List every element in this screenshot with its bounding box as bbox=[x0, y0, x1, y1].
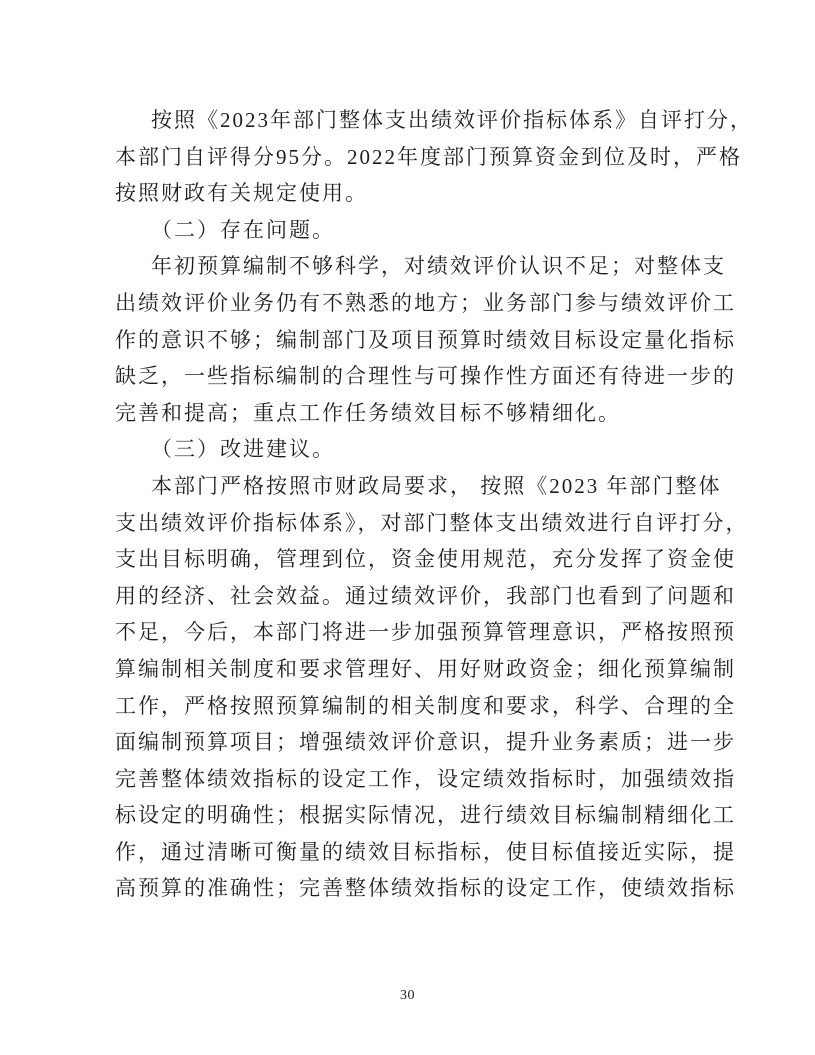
text-line: 工作，严格按照预算编制的相关制度和要求，科学、合理的全 bbox=[115, 688, 699, 725]
text-line: 用的经济、社会效益。通过绩效评价，我部门也看到了问题和 bbox=[115, 578, 699, 615]
text-line: 本部门严格按照市财政局要求， 按照《2023 年部门整体 bbox=[115, 468, 699, 505]
text-line: 高预算的准确性；完善整体绩效指标的设定工作，使绩效指标 bbox=[115, 870, 699, 907]
paragraph: 按照《2023年部门整体支出绩效评价指标体系》自评打分，本部门自评得分95分。2… bbox=[115, 102, 699, 212]
text-line: 按照《2023年部门整体支出绩效评价指标体系》自评打分， bbox=[115, 102, 699, 139]
text-line: 缺乏，一些指标编制的合理性与可操作性方面还有待进一步的 bbox=[115, 358, 699, 395]
paragraph: 本部门严格按照市财政局要求， 按照《2023 年部门整体支出绩效评价指标体系》，… bbox=[115, 468, 699, 907]
text-line: 标设定的明确性；根据实际情况，进行绩效目标编制精细化工 bbox=[115, 797, 699, 834]
text-line: 完善整体绩效指标的设定工作，设定绩效指标时，加强绩效指 bbox=[115, 761, 699, 798]
section-heading: （三）改进建议。 bbox=[115, 431, 699, 468]
page-number: 30 bbox=[0, 988, 815, 1004]
text-line: 支出目标明确，管理到位，资金使用规范，充分发挥了资金使 bbox=[115, 541, 699, 578]
document-body: 按照《2023年部门整体支出绩效评价指标体系》自评打分，本部门自评得分95分。2… bbox=[115, 102, 699, 907]
text-line: 作的意识不够；编制部门及项目预算时绩效目标设定量化指标 bbox=[115, 322, 699, 359]
text-line: 面编制预算项目；增强绩效评价意识，提升业务素质；进一步 bbox=[115, 724, 699, 761]
text-line: 年初预算编制不够科学，对绩效评价认识不足；对整体支 bbox=[115, 248, 699, 285]
text-line: 不足，今后，本部门将进一步加强预算管理意识，严格按照预 bbox=[115, 614, 699, 651]
text-line: 算编制相关制度和要求管理好、用好财政资金；细化预算编制 bbox=[115, 651, 699, 688]
text-line: 出绩效评价业务仍有不熟悉的地方；业务部门参与绩效评价工 bbox=[115, 285, 699, 322]
text-line: （二）存在问题。 bbox=[115, 212, 699, 249]
text-line: 完善和提高；重点工作任务绩效目标不够精细化。 bbox=[115, 395, 699, 432]
section-heading: （二）存在问题。 bbox=[115, 212, 699, 249]
paragraph: 年初预算编制不够科学，对绩效评价认识不足；对整体支出绩效评价业务仍有不熟悉的地方… bbox=[115, 248, 699, 431]
text-line: （三）改进建议。 bbox=[115, 431, 699, 468]
document-page: 按照《2023年部门整体支出绩效评价指标体系》自评打分，本部门自评得分95分。2… bbox=[0, 0, 815, 1055]
text-line: 本部门自评得分95分。2022年度部门预算资金到位及时，严格 bbox=[115, 139, 699, 176]
text-line: 按照财政有关规定使用。 bbox=[115, 175, 699, 212]
text-line: 作，通过清晰可衡量的绩效目标指标，使目标值接近实际，提 bbox=[115, 834, 699, 871]
text-line: 支出绩效评价指标体系》，对部门整体支出绩效进行自评打分， bbox=[115, 505, 699, 542]
